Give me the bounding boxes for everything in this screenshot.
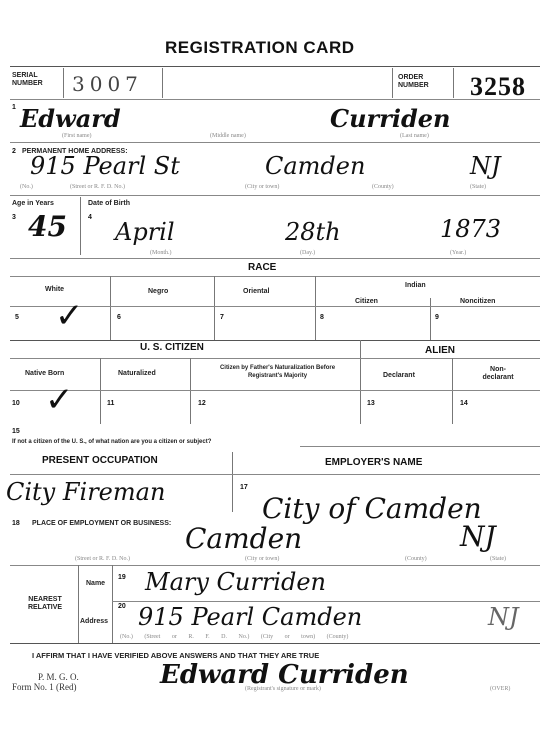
field-number: 2 bbox=[12, 148, 16, 155]
divider bbox=[452, 358, 453, 424]
affirmation-text: I AFFIRM THAT I HAVE VERIFIED ABOVE ANSW… bbox=[32, 652, 319, 660]
divider bbox=[360, 340, 361, 424]
state-label: (State) bbox=[490, 556, 506, 562]
relative-address-sub-labels: (No.) (Street or R. F. D. No.) (City or … bbox=[120, 634, 348, 640]
divider bbox=[10, 195, 540, 196]
naturalized-label: Naturalized bbox=[118, 370, 156, 378]
divider bbox=[10, 258, 540, 259]
divider bbox=[10, 306, 540, 307]
field-number: 20 bbox=[118, 603, 126, 610]
field-number: 8 bbox=[320, 314, 324, 321]
divider bbox=[300, 446, 540, 447]
divider bbox=[162, 68, 163, 98]
race-indian-label: Indian bbox=[405, 282, 426, 290]
city-label: (City or town) bbox=[245, 184, 279, 190]
dob-label: Date of Birth bbox=[88, 200, 130, 208]
race-noncitizen-label: Noncitizen bbox=[460, 298, 495, 306]
field-number: 7 bbox=[220, 314, 224, 321]
divider bbox=[10, 99, 540, 100]
divider bbox=[63, 68, 64, 98]
birth-month: April bbox=[115, 218, 175, 246]
street-label: (Street or R. F. D. No.) bbox=[70, 184, 125, 190]
divider bbox=[10, 276, 540, 277]
divider bbox=[10, 474, 540, 475]
divider bbox=[110, 276, 111, 340]
field-number: 4 bbox=[88, 214, 92, 221]
race-oriental-label: Oriental bbox=[243, 288, 269, 296]
birth-day: 28th bbox=[285, 218, 341, 246]
divider bbox=[190, 358, 191, 424]
home-state: NJ bbox=[470, 152, 501, 180]
first-name-label: (First name) bbox=[62, 133, 92, 139]
employment-state: NJ bbox=[460, 520, 496, 553]
race-header: RACE bbox=[248, 262, 276, 273]
checkmark-icon: ✓ bbox=[55, 296, 84, 336]
relative-name-value: Mary Curriden bbox=[145, 568, 326, 596]
nearest-relative-label: NEAREST RELATIVE bbox=[15, 596, 75, 612]
field-number: 10 bbox=[12, 400, 20, 407]
divider bbox=[10, 358, 540, 359]
home-street: 915 Pearl St bbox=[30, 152, 180, 180]
serial-number-value: 3007 bbox=[72, 72, 143, 96]
divider bbox=[10, 142, 540, 143]
divider bbox=[10, 66, 540, 67]
field-number: 6 bbox=[117, 314, 121, 321]
occupation-value: City Fireman bbox=[6, 478, 165, 506]
divider bbox=[112, 601, 540, 602]
signature-label: (Registrant's signature or mark) bbox=[245, 686, 321, 692]
citizen-by-father-label: Citizen by Father's Naturalization Befor… bbox=[205, 364, 350, 380]
relative-address-state: NJ bbox=[488, 603, 519, 631]
occupation-header: PRESENT OCCUPATION bbox=[42, 455, 158, 466]
field-number: 3 bbox=[12, 214, 16, 221]
birth-year: 1873 bbox=[440, 215, 501, 243]
divider bbox=[430, 298, 431, 340]
field-number: 12 bbox=[198, 400, 206, 407]
order-number-value: 3258 bbox=[470, 72, 526, 102]
employer-header: EMPLOYER'S NAME bbox=[325, 457, 422, 468]
age-value: 45 bbox=[28, 210, 67, 243]
relative-name-label: Name bbox=[86, 580, 105, 588]
race-citizen-label: Citizen bbox=[355, 298, 378, 306]
divider bbox=[232, 452, 233, 512]
divider bbox=[453, 68, 454, 98]
divider bbox=[214, 276, 215, 340]
employment-city: Camden bbox=[185, 522, 302, 555]
divider bbox=[10, 390, 540, 391]
field-number: 14 bbox=[460, 400, 468, 407]
divider bbox=[10, 340, 540, 341]
field-number: 17 bbox=[240, 484, 248, 491]
non-declarant-label: Non-declarant bbox=[478, 366, 518, 382]
first-name: Edward bbox=[20, 104, 121, 133]
month-label: (Month.) bbox=[150, 250, 172, 256]
serial-number-label: SERIAL NUMBER bbox=[12, 72, 62, 88]
field-number: 5 bbox=[15, 314, 19, 321]
age-label: Age in Years bbox=[12, 200, 54, 208]
field-number: 1 bbox=[12, 104, 16, 111]
employment-place-label: PLACE OF EMPLOYMENT OR BUSINESS: bbox=[32, 520, 171, 528]
divider bbox=[10, 643, 540, 644]
card-title: REGISTRATION CARD bbox=[165, 38, 355, 58]
divider bbox=[112, 565, 113, 643]
race-white-label: White bbox=[45, 286, 64, 294]
alien-header: ALIEN bbox=[425, 345, 455, 356]
us-citizen-header: U. S. CITIZEN bbox=[140, 342, 204, 353]
relative-address-label: Address bbox=[80, 618, 108, 626]
field-number: 9 bbox=[435, 314, 439, 321]
field-number: 19 bbox=[118, 574, 126, 581]
middle-name-label: (Middle name) bbox=[210, 133, 246, 139]
race-negro-label: Negro bbox=[148, 288, 168, 296]
declarant-label: Declarant bbox=[383, 372, 415, 380]
checkmark-icon: ✓ bbox=[45, 380, 74, 420]
county-label: (County) bbox=[372, 184, 394, 190]
divider bbox=[10, 565, 540, 566]
day-label: (Day.) bbox=[300, 250, 315, 256]
field-number: 11 bbox=[107, 400, 114, 407]
field-number: 18 bbox=[12, 520, 20, 527]
year-label: (Year.) bbox=[450, 250, 466, 256]
state-label: (State) bbox=[470, 184, 486, 190]
employer-value: City of Camden bbox=[262, 492, 482, 525]
native-born-label: Native Born bbox=[25, 370, 64, 378]
county-label: (County) bbox=[405, 556, 427, 562]
form-id-2: Form No. 1 (Red) bbox=[12, 682, 77, 692]
divider bbox=[80, 197, 81, 255]
street-label: (Street or R. F. D. No.) bbox=[75, 556, 130, 562]
divider bbox=[100, 358, 101, 424]
over-label: (OVER) bbox=[490, 686, 510, 692]
last-name: Curriden bbox=[330, 104, 450, 133]
relative-address-value: 915 Pearl Camden bbox=[138, 603, 362, 631]
last-name-label: (Last name) bbox=[400, 133, 429, 139]
no-label: (No.) bbox=[20, 184, 33, 190]
order-number-label: ORDER NUMBER bbox=[398, 74, 450, 90]
divider bbox=[315, 276, 316, 340]
form-id-1: P. M. G. O. bbox=[38, 672, 79, 682]
nation-label: If not a citizen of the U. S., of what n… bbox=[12, 438, 211, 446]
field-number: 15 bbox=[12, 428, 20, 435]
home-city: Camden bbox=[265, 152, 365, 180]
divider bbox=[78, 565, 79, 643]
divider bbox=[392, 68, 393, 98]
city-label: (City or town) bbox=[245, 556, 279, 562]
field-number: 13 bbox=[367, 400, 375, 407]
